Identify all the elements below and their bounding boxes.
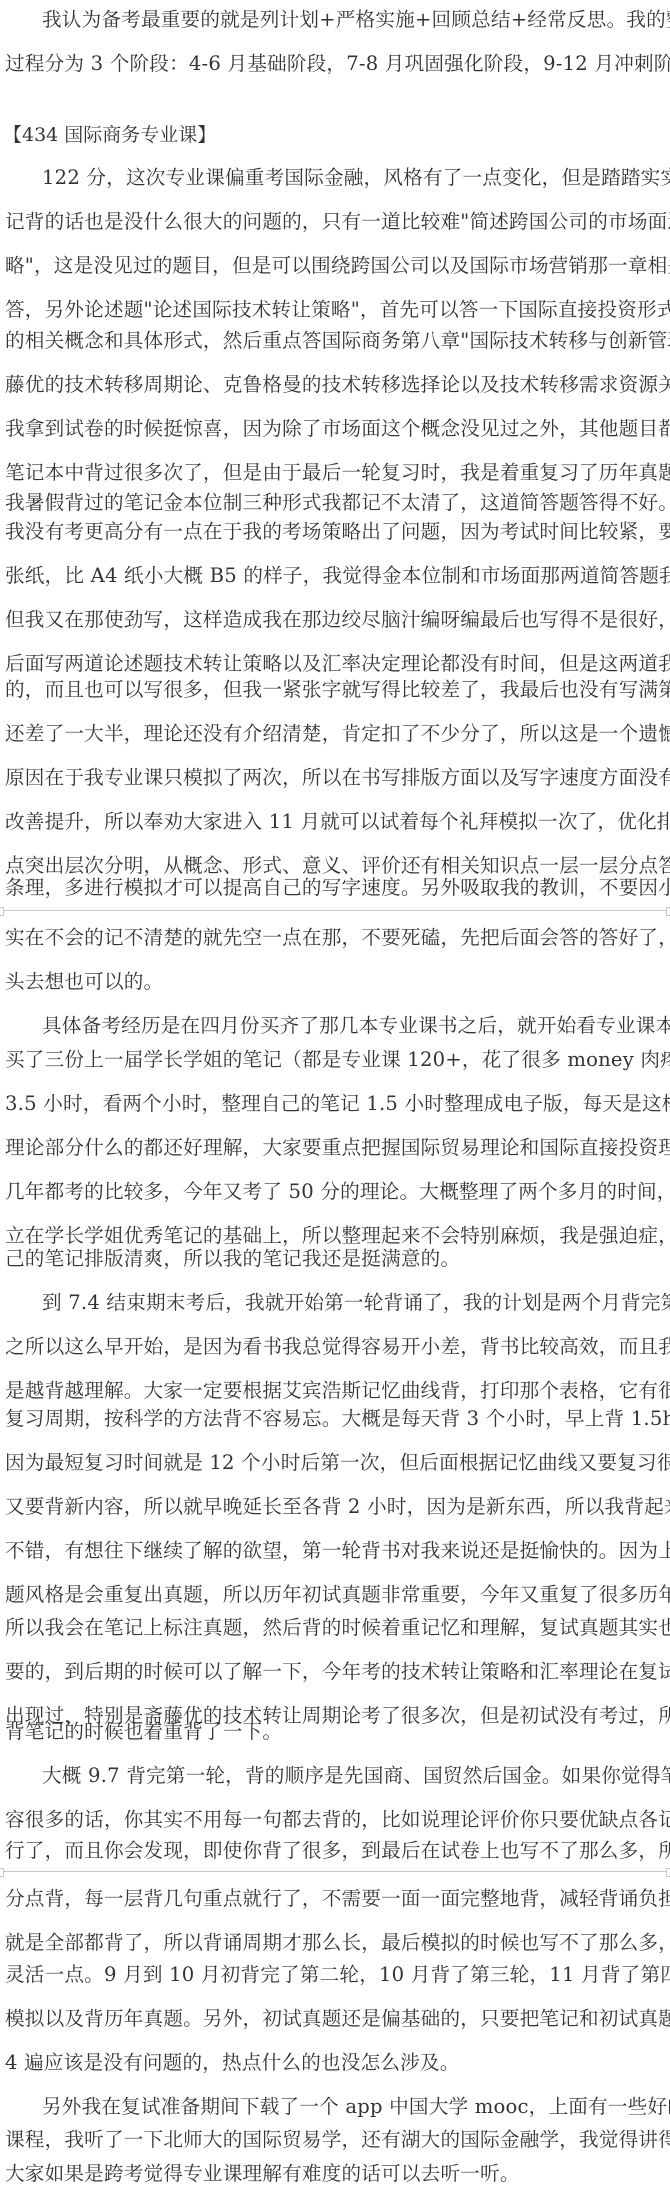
paragraph-line: 理论部分什么的都还好理解，大家要重点把握国际贸易理论和国际直接投资理论，这 — [5, 1134, 665, 1162]
paragraph-line: 课程，我听了一下北师大的国际贸易学，还有湖大的国际金融学，我觉得讲得很好， — [5, 2126, 665, 2154]
paragraph-line: 的，而且也可以写很多，但我一紧张字就写得比较差了，我最后也没有写满第 11 张纸… — [5, 676, 665, 704]
paragraph-line: 又要背新内容，所以就早晚延长至各背 2 小时，因为是新东西，所以我背起来感觉还 — [5, 1493, 665, 1521]
paragraph-line: 几年都考的比较多，今年又考了 50 分的理论。大概整理了两个多月的时间，因为是建 — [5, 1178, 665, 1206]
paragraph-line: 后面写两道论述题技术转让策略以及汇率决定理论都没有时间，但是这两道我是会答 — [5, 650, 665, 678]
section-heading: 【434 国际商务专业课】 — [3, 121, 216, 149]
paragraph-line: 还差了一大半，理论还没有介绍清楚，肯定扣了不少分了，所以这是一个遗憾。很大 — [5, 720, 665, 748]
paragraph-line: 行了，而且你会发现，即使你背了很多，到最后在试卷上也写不了那么多，所以还是 — [5, 1837, 665, 1865]
paragraph-line: 所以我会在笔记上标注真题，然后背的时候着重记忆和理解，复试真题其实也是蛮重 — [5, 1614, 665, 1642]
paragraph-line: 背笔记的时候也着重背了一下。 — [5, 1718, 665, 1746]
paragraph-line: 的相关概念和具体形式，然后重点答国际商务第八章"国际技术转移与创新管理"，答斋 — [5, 327, 665, 355]
paragraph-line: 我拿到试卷的时候挺惊喜，因为除了市场面这个概念没见过之外，其他题目都在我的 — [5, 415, 665, 443]
paragraph-line: 实在不会的记不清楚的就先空一点在那，不要死磕，先把后面会答的答好了，再回过 — [5, 924, 665, 952]
paragraph-line: 笔记本中背过很多次了，但是由于最后一轮复习时，我是着重复习了历年真题，所以 — [5, 459, 665, 487]
paragraph-line: 大家如果是跨考觉得专业课理解有难度的话可以去听一听。 — [5, 2160, 665, 2188]
intro-line: 我认为备考最重要的就是列计划+严格实施+回顾总结+经常反思。我的整个备考 — [42, 6, 664, 34]
paragraph-line: 买了三份上一届学长学姐的笔记（都是专业课 120+，花了很多 money 肉疼）… — [5, 1046, 665, 1074]
paragraph-line: 略"，这是没见过的题目，但是可以围绕跨国公司以及国际市场营销那一章相关知识作 — [5, 252, 665, 280]
paragraph-line: 改善提升，所以奉劝大家进入 11 月就可以试着每个礼拜模拟一次了，优化排版，要重 — [5, 808, 665, 836]
intro-line: 过程分为 3 个阶段：4-6 月基础阶段，7-8 月巩固强化阶段，9-12 月冲… — [5, 50, 665, 78]
paragraph-line: 4 遍应该是没有问题的，热点什么的也没怎么涉及。 — [5, 2049, 665, 2077]
paragraph-line: 到 7.4 结束期末考后，我就开始第一轮背诵了，我的计划是两个月背完第一轮， — [42, 1289, 664, 1317]
paragraph-line: 题风格是会重复出真题，所以历年初试真题非常重要，今年又重复了很多历年考过的， — [5, 1581, 665, 1609]
paragraph-line: 具体备考经历是在四月份买齐了那几本专业课书之后，就开始看专业课本了，我 — [42, 1012, 664, 1040]
paragraph-line: 模拟以及背历年真题。另外，初试真题还是偏基础的，只要把笔记和初试真题背个 3、 — [5, 2005, 665, 2033]
page-break-divider — [0, 910, 670, 911]
paragraph-line: 分点背，每一层背几句重点就行了，不需要一面一面完整地背，减轻背诵负担。而我 — [5, 1885, 665, 1913]
paragraph-line: 条理，多进行模拟才可以提高自己的写字速度。另外吸取我的教训，不要因小失大， — [5, 874, 665, 902]
page-break-divider — [0, 1871, 670, 1872]
paragraph-line: 己的笔记排版清爽，所以我的笔记我还是挺满意的。 — [5, 1245, 665, 1273]
paragraph-line: 要的，到后期的时候可以了解一下，今年考的技术转让策略和汇率理论在复试真题中 — [5, 1658, 665, 1686]
paragraph-line: 原因在于我专业课只模拟了两次，所以在书写排版方面以及写字速度方面没有很大的 — [5, 764, 665, 792]
paragraph-line: 因为最短复习时间就是 12 个小时后第一次，但后面根据记忆曲线又要复习很多前面的… — [5, 1449, 665, 1477]
paragraph-line: 就是全部都背了，所以背诵周期才那么长，最后模拟的时候也写不了那么多，大家要 — [5, 1929, 665, 1957]
paragraph-line: 但我又在那使劲写，这样造成我在那边绞尽脑汁编呀编最后也写得不是很好，搞得我 — [5, 606, 665, 634]
paragraph-line: 大概 9.7 背完第一轮，背的顺序是先国商、国贸然后国金。如果你觉得笔记上内 — [42, 1762, 664, 1790]
paragraph-line: 灵活一点。9 月到 10 月初背完了第二轮，10 月背了第三轮，11 月背了第四… — [5, 1961, 665, 1989]
paragraph-line: 另外我在复试准备期间下载了一个 app 中国大学 mooc，上面有一些好的学校的 — [42, 2093, 664, 2121]
paragraph-line: 藤优的技术转移周期论、克鲁格曼的技术转移选择论以及技术转移需求资源关系论等。 — [5, 371, 665, 399]
paragraph-line: 我暑假背过的笔记金本位制三种形式我都记不太清了，这道简答题答得不好。我觉得 — [5, 489, 665, 517]
paragraph-line: 答，另外论述题"论述国际技术转让策略"，首先可以答一下国际直接投资形式技术转让 — [5, 296, 665, 324]
paragraph-line: 是越背越理解。大家一定要根据艾宾浩斯记忆曲线背，打印那个表格，它有很清楚的 — [5, 1377, 665, 1405]
paragraph-line: 不错，有想往下继续了解的欲望，第一轮背书对我来说还是挺愉快的。因为上财的出 — [5, 1537, 665, 1565]
paragraph-line: 之所以这么早开始，是因为看书我总觉得容易开小差，背书比较高效，而且我的经验 — [5, 1333, 665, 1361]
paragraph-line: 头去想也可以的。 — [5, 968, 665, 996]
paragraph-line: 张纸，比 A4 纸小大概 B5 的样子，我觉得金本位制和市场面那两道简答题我不太… — [5, 562, 665, 590]
paragraph-line: 容很多的话，你其实不用每一句都去背的，比如说理论评价你只要优缺点各记一点就 — [5, 1806, 665, 1834]
paragraph-line: 3.5 小时，看两个小时，整理自己的笔记 1.5 小时整理成电子版，每天是这样，… — [5, 1090, 665, 1118]
paragraph-line: 记背的话也是没什么很大的问题的，只有一道比较难"简述跨国公司的市场面选择策 — [5, 208, 665, 236]
paragraph-line: 122 分，这次专业课偏重考国际金融，风格有了一点变化，但是踏踏实实按照笔 — [42, 164, 664, 192]
paragraph-line: 复习周期，按科学的方法背不容易忘。大概是每天背 3 个小时，早上背 1.5h，晚… — [5, 1405, 665, 1433]
paragraph-line: 我没有考更高分有一点在于我的考场策略出了问题，因为考试时间比较紧，要写满 11 — [5, 518, 665, 546]
